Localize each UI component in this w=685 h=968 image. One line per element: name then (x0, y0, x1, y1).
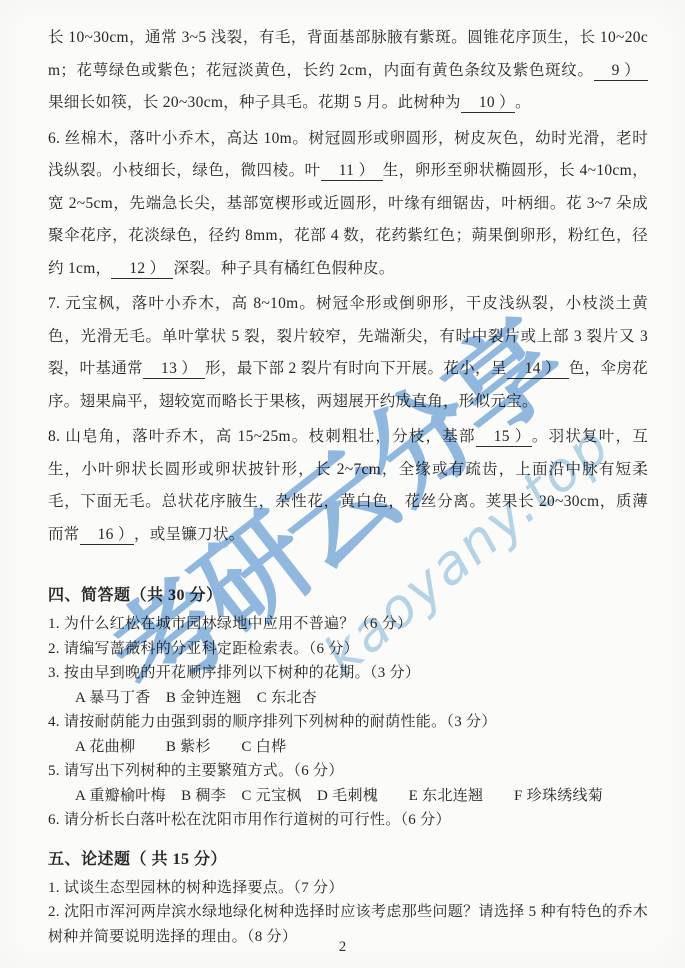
question-item: 6. 请分析长白落叶松在沈阳市用作行道树的可行性。（6 分） (48, 808, 648, 833)
paragraph-text: 。 (515, 94, 531, 111)
fill-blank: 14 ） (507, 360, 569, 379)
fill-blank: 9 ） (594, 62, 648, 81)
question-item: 5. 请写出下列树种的主要繁殖方式。（6 分） (48, 759, 648, 784)
paragraph: 7. 元宝枫，落叶小乔木，高 8~10m。树冠伞形或倒卵形，干皮浅纵裂，小枝淡土… (48, 288, 648, 418)
page-content: 长 10~30cm，通常 3~5 浅裂，有毛，背面基部脉腋有紫斑。圆锥花序顶生，… (48, 22, 648, 949)
fill-blank: 16 ） (80, 526, 134, 545)
paragraph-text: ，或呈镰刀状。 (134, 526, 245, 543)
question-item: 1. 试谈生态型园林的树种选择要点。（7 分） (48, 876, 648, 901)
paragraph-text: 深裂。种子具有橘红色假种皮。 (173, 260, 394, 277)
fill-blank: 13 ） (143, 360, 205, 379)
section4-question-list: 1. 为什么红松在城市园林绿地中应用不普遍？（6 分）2. 请编写蔷薇科的分亚科… (48, 612, 648, 833)
fill-blank: 11 ） (321, 162, 383, 181)
option-row: A 暴马丁香 B 金钟连翘 C 东北杏 (48, 686, 648, 711)
paragraph-text: 形，最下部 2 裂片有时向下开展。花小，呈 (205, 360, 507, 377)
fill-blank: 15 ） (476, 428, 532, 447)
section5-heading: 五、论述题（ 共 15 分） (48, 847, 648, 873)
option-row: A 重瓣榆叶梅 B 稠李 C 元宝枫 D 毛刺槐 E 东北连翘 F 珍珠绣线菊 (48, 784, 648, 809)
paragraph: 8. 山皂角，落叶乔木，高 15~25m。枝刺粗壮，分枝，基部15 ）。羽状复叶… (48, 421, 648, 551)
question-item: 1. 为什么红松在城市园林绿地中应用不普遍？（6 分） (48, 612, 648, 637)
section-essay: 五、论述题（ 共 15 分） 1. 试谈生态型园林的树种选择要点。（7 分）2.… (48, 847, 648, 950)
paragraph-text: 长 10~30cm，通常 3~5 浅裂，有毛，背面基部脉腋有紫斑。圆锥花序顶生，… (48, 29, 648, 79)
paragraph-text: 8. 山皂角，落叶乔木，高 15~25m。枝刺粗壮，分枝，基部 (48, 428, 476, 445)
fill-blank: 10 ） (461, 94, 515, 113)
option-row: A 花曲柳 B 紫杉 C 白桦 (48, 735, 648, 760)
paragraph-text: 果细长如筷，长 20~30cm，种子具毛。花期 5 月。此树种为 (48, 94, 461, 111)
question-item: 4. 请按耐荫能力由强到弱的顺序排列下列树种的耐荫性能。（3 分） (48, 710, 648, 735)
section-short-answer: 四、简答题（共 30 分） 1. 为什么红松在城市园林绿地中应用不普遍？（6 分… (48, 583, 648, 833)
section4-heading: 四、简答题（共 30 分） (48, 583, 648, 609)
section5-question-list: 1. 试谈生态型园林的树种选择要点。（7 分）2. 沈阳市浑河两岸滨水绿地绿化树… (48, 876, 648, 950)
question-item: 2. 请编写蔷薇科的分亚科定距检索表。（6 分） (48, 637, 648, 662)
fill-blank: 12 ） (111, 260, 173, 279)
paragraph: 长 10~30cm，通常 3~5 浅裂，有毛，背面基部脉腋有紫斑。圆锥花序顶生，… (48, 22, 648, 120)
fill-blank-paragraphs: 长 10~30cm，通常 3~5 浅裂，有毛，背面基部脉腋有紫斑。圆锥花序顶生，… (48, 22, 648, 551)
paragraph: 6. 丝棉木，落叶小乔木，高达 10m。树冠圆形或卵圆形，树皮灰色，幼时光滑，老… (48, 123, 648, 286)
question-item: 3. 按由早到晚的开花顺序排列以下树种的花期。（3 分） (48, 661, 648, 686)
page-number: 2 (0, 939, 685, 956)
scanned-exam-page: 长 10~30cm，通常 3~5 浅裂，有毛，背面基部脉腋有紫斑。圆锥花序顶生，… (0, 0, 685, 968)
